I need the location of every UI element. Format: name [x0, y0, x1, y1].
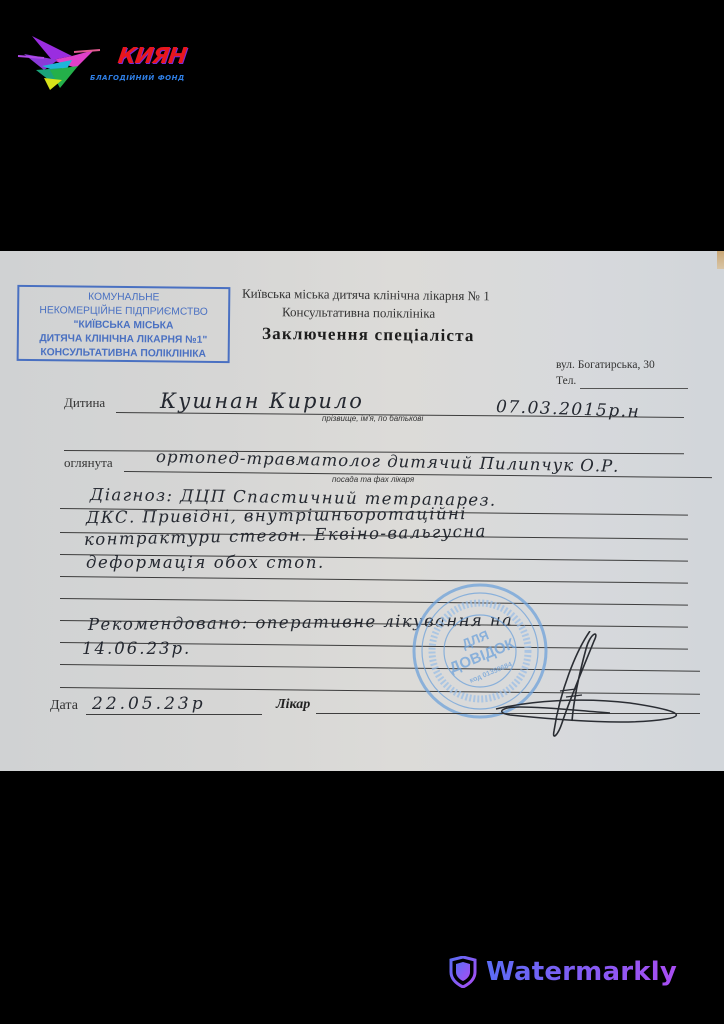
- watermark-text: Watermarkly: [486, 957, 677, 987]
- examined-hint: посада та фах лікаря: [332, 475, 414, 484]
- hospital-address: вул. Богатирська, 30: [556, 359, 655, 371]
- rectangular-hospital-stamp: КОМУНАЛЬНЕ НЕКОМЕРЦІЙНЕ ПІДПРИЄМСТВО "КИ…: [17, 285, 231, 363]
- child-label: Дитина: [64, 395, 105, 411]
- department-name: Консультативна поліклініка: [282, 304, 435, 322]
- doctor-signature-icon: [490, 631, 710, 741]
- child-name-handwritten: Кушнан Кирило: [160, 389, 364, 413]
- logo-brand-text: КИЯН: [116, 44, 187, 69]
- examined-label: оглянута: [64, 455, 113, 471]
- kyian-foundation-logo: КИЯН БЛАГОДІЙНИЙ ФОНД: [14, 30, 174, 94]
- shield-icon: [448, 956, 478, 988]
- recommendation-date-text: 14.06.23р.: [82, 639, 191, 658]
- watermarkly-watermark: Watermarkly: [448, 952, 677, 992]
- stamp-line: НЕКОМЕРЦІЙНЕ ПІДПРИЄМСТВО: [19, 304, 228, 320]
- tel-field-line: [580, 388, 688, 389]
- diagnosis-text: деформація обох стоп.: [86, 553, 325, 572]
- paper-edge: [717, 251, 724, 269]
- date-handwritten: 22.05.23р: [92, 694, 206, 714]
- stamp-line: КОНСУЛЬТАТИВНА ПОЛІКЛІНІКА: [19, 346, 228, 362]
- blank-line: [60, 598, 688, 606]
- child-birthdate-handwritten: 07.03.2015р.н: [496, 397, 641, 422]
- logo-subtitle: БЛАГОДІЙНИЙ ФОНД: [90, 74, 185, 82]
- doctor-label: Лікар: [276, 697, 310, 713]
- hospital-name: Київська міська дитяча клінічна лікарня …: [242, 286, 490, 305]
- date-label: Дата: [50, 698, 78, 714]
- tel-label: Тел.: [556, 375, 576, 387]
- paper-plane-logo-icon: [14, 30, 114, 94]
- diagnosis-line: [60, 576, 688, 584]
- document-title: Заключення спеціаліста: [262, 324, 475, 346]
- examined-line: [124, 471, 712, 478]
- medical-conclusion-document: КОМУНАЛЬНЕ НЕКОМЕРЦІЙНЕ ПІДПРИЄМСТВО "КИ…: [0, 251, 724, 771]
- child-name-hint: прізвище, ім'я, по батькові: [322, 414, 423, 423]
- date-line: [86, 714, 262, 715]
